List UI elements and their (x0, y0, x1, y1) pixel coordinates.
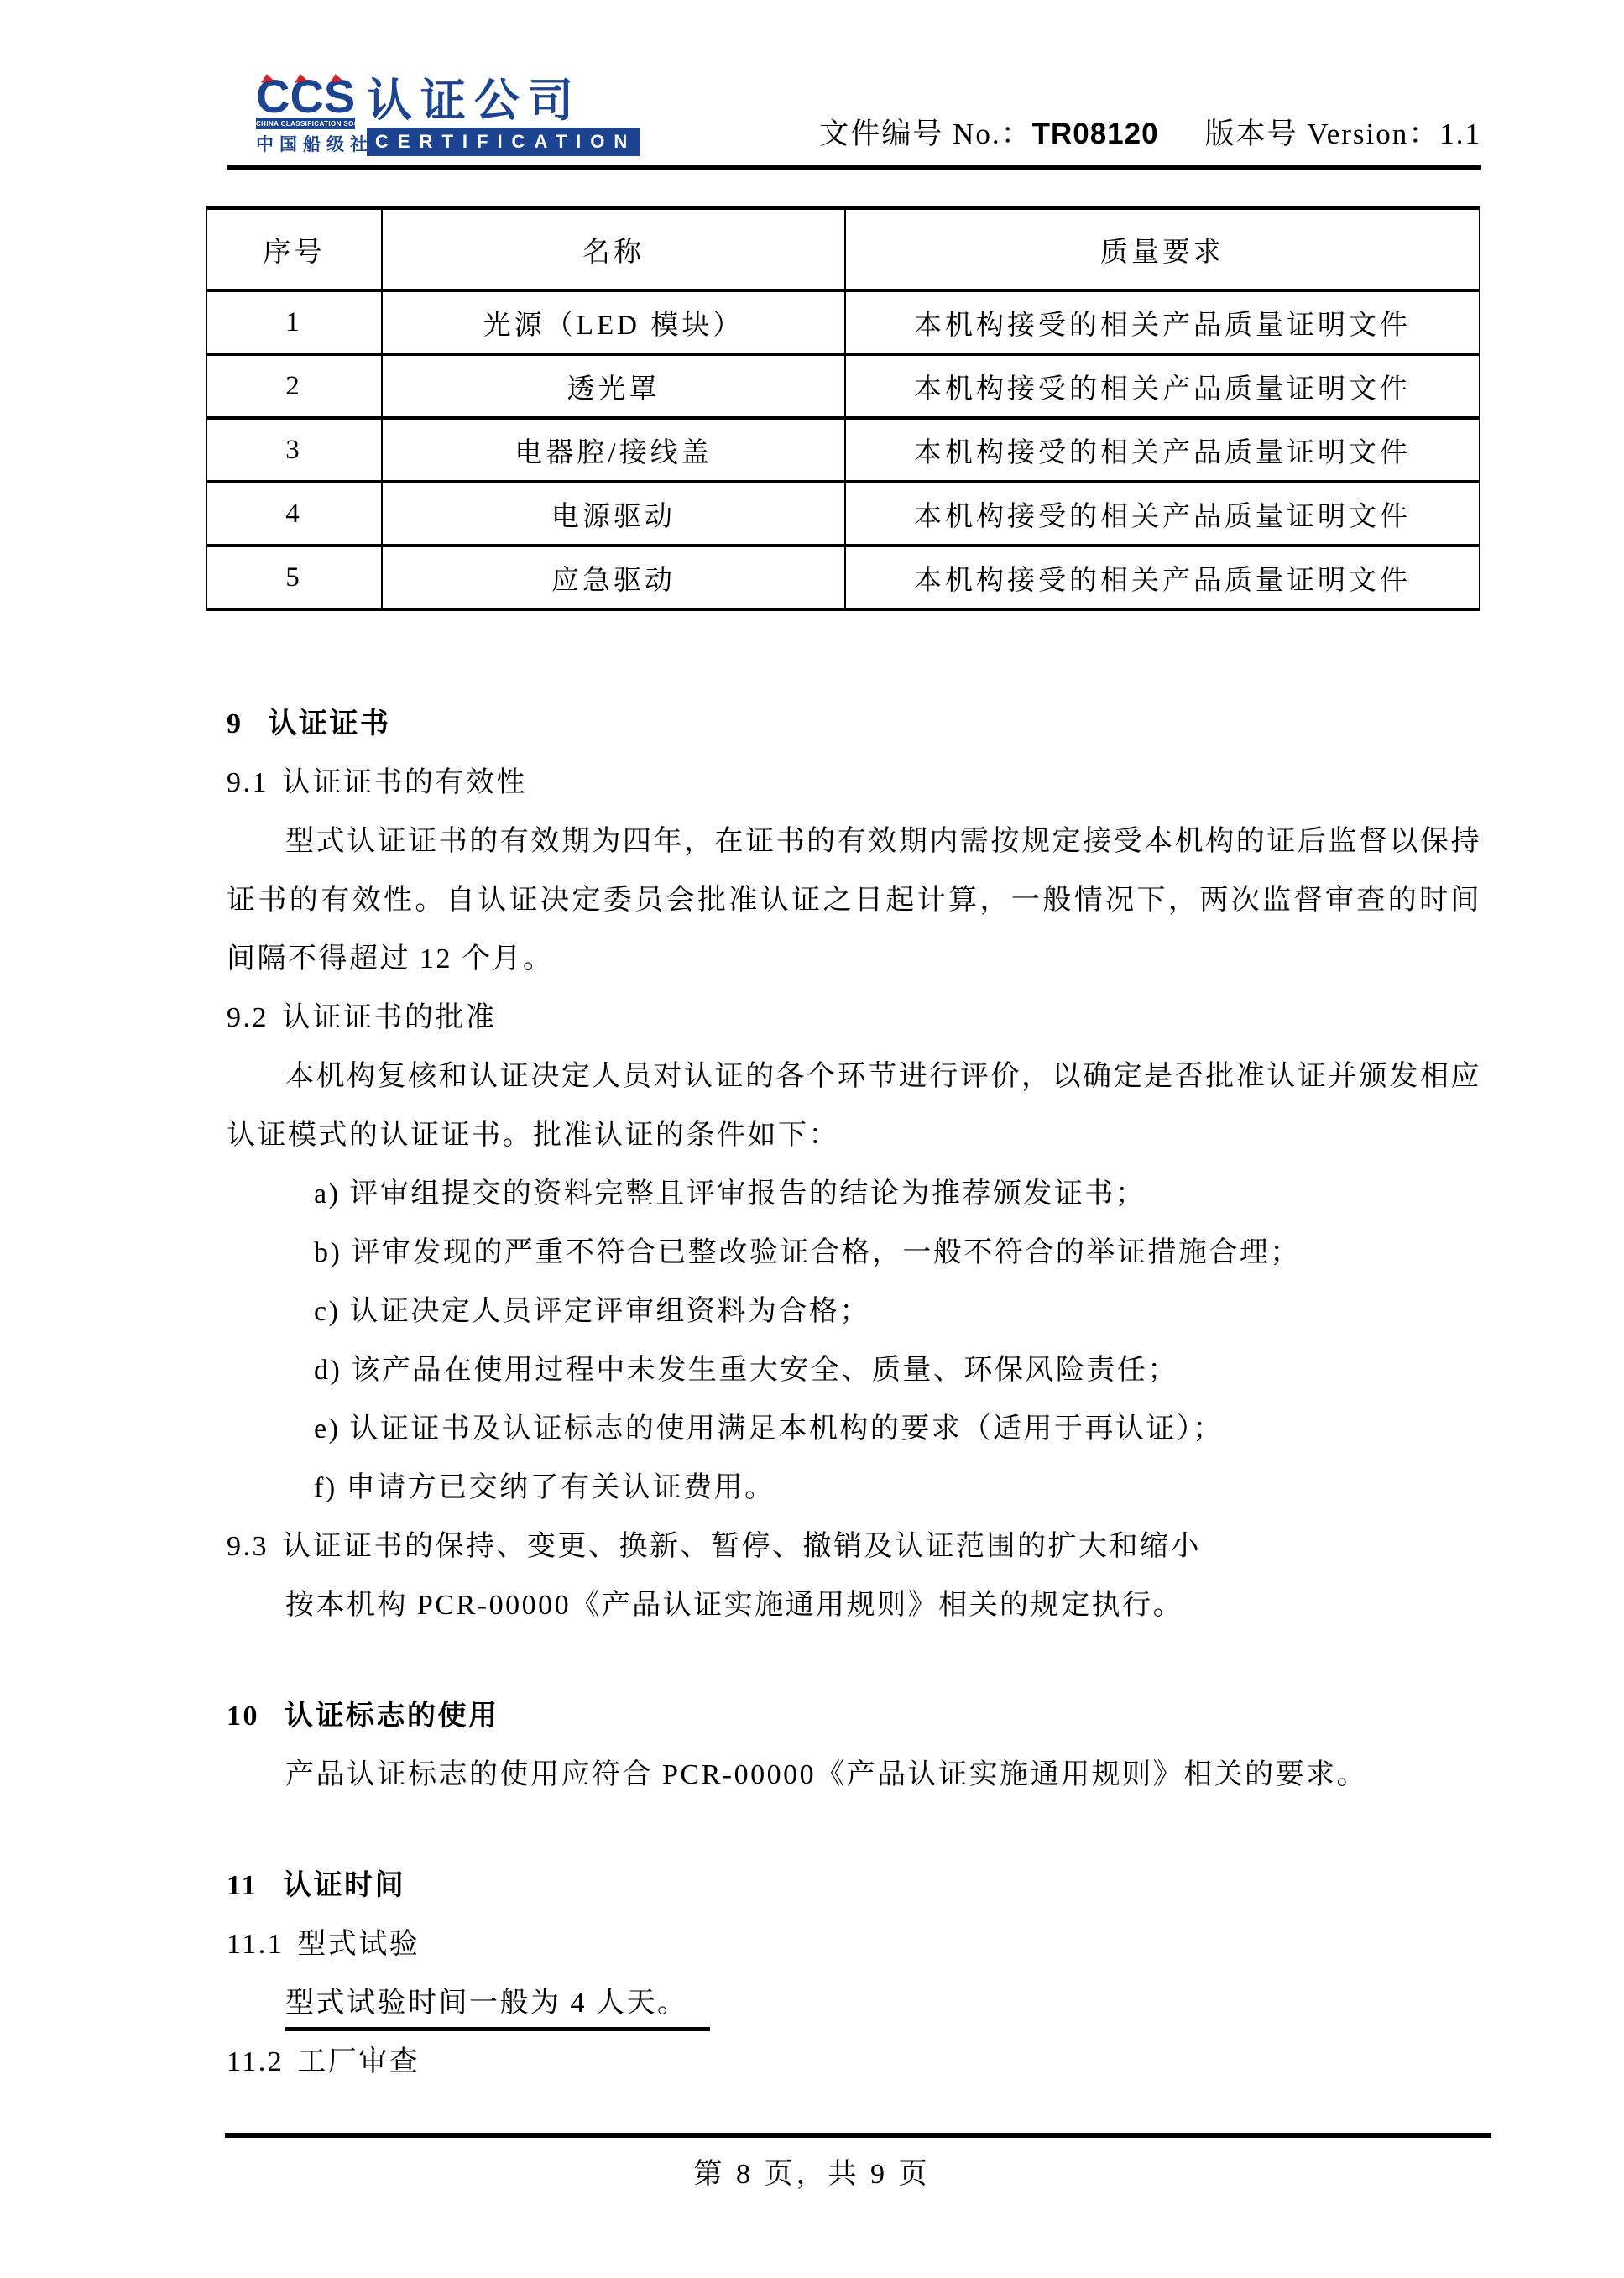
ccs-wordmark: CCS (256, 77, 355, 116)
cell-serial: 3 (206, 418, 382, 482)
section-title: 认证标志的使用 (285, 1701, 499, 1732)
version-value: 1.1 (1439, 118, 1481, 150)
section-9-3-heading: 9.3认证证书的保持、变更、换新、暂停、撤销及认证范围的扩大和缩小 (227, 1518, 1481, 1576)
section-11-2-heading: 11.2工厂审查 (227, 2033, 1481, 2092)
file-number-label: 文件编号 No.： (819, 118, 1031, 150)
section-number: 11 (227, 1870, 258, 1901)
table-row: 1 光源（LED 模块） 本机构接受的相关产品质量证明文件 (206, 290, 1480, 354)
header-rule (227, 165, 1481, 170)
page-header: CCS CHINA CLASSIFICATION SOCIETY 中国船级社 认… (227, 77, 1481, 156)
version-label: 版本号 Version： (1205, 118, 1440, 150)
section-11-1-paragraph: 型式试验时间一般为 4 人天。 (227, 1974, 1481, 2033)
section-number: 11.1 (227, 1929, 284, 1960)
section-title: 认证证书的保持、变更、换新、暂停、撤销及认证范围的扩大和缩小 (282, 1531, 1201, 1562)
section-title: 认证时间 (283, 1870, 405, 1901)
cell-requirement: 本机构接受的相关产品质量证明文件 (845, 418, 1480, 482)
company-name-cn: 认证公司 (367, 77, 640, 124)
cell-requirement: 本机构接受的相关产品质量证明文件 (845, 290, 1480, 354)
cell-name: 电器腔/接线盖 (382, 418, 845, 482)
certification-bar: CERTIFICATION (367, 128, 640, 156)
cell-name: 应急驱动 (382, 546, 845, 609)
section-10-heading: 10认证标志的使用 (227, 1687, 1481, 1746)
cell-serial: 4 (206, 482, 382, 546)
section-number: 9 (227, 708, 243, 739)
ccs-logo: CCS CHINA CLASSIFICATION SOCIETY 中国船级社 认… (256, 77, 640, 156)
section-9-2-heading: 9.2认证证书的批准 (227, 989, 1481, 1048)
cell-name: 透光罩 (382, 354, 845, 418)
section-number: 11.2 (227, 2046, 284, 2077)
section-9-2-paragraph: 本机构复核和认证决定人员对认证的各个环节进行评价，以确定是否批准认证并颁发相应认… (227, 1048, 1481, 1165)
column-header-serial: 序号 (206, 208, 382, 290)
footer-rule (225, 2133, 1491, 2138)
list-item-a: a) 评审组提交的资料完整且评审报告的结论为推荐颁发证书； (227, 1165, 1481, 1224)
document-body: 9认证证书 9.1认证证书的有效性 型式认证证书的有效期为四年，在证书的有效期内… (227, 695, 1481, 2092)
cell-name: 电源驱动 (382, 482, 845, 546)
cell-serial: 2 (206, 354, 382, 418)
section-9-3-paragraph: 按本机构 PCR-00000《产品认证实施通用规则》相关的规定执行。 (227, 1576, 1481, 1635)
section-title: 认证证书 (269, 708, 391, 739)
table-row: 3 电器腔/接线盖 本机构接受的相关产品质量证明文件 (206, 418, 1480, 482)
table-row: 5 应急驱动 本机构接受的相关产品质量证明文件 (206, 546, 1480, 609)
ccs-wordmark-block: CCS CHINA CLASSIFICATION SOCIETY 中国船级社 (256, 77, 355, 156)
section-number: 9.2 (227, 1002, 269, 1033)
page-number-indicator: 第 8 页，共 9 页 (0, 2150, 1624, 2192)
list-item-c: c) 认证决定人员评定评审组资料为合格； (227, 1283, 1481, 1341)
document-page: CCS CHINA CLASSIFICATION SOCIETY 中国船级社 认… (0, 0, 1624, 2278)
section-title: 型式试验 (297, 1929, 420, 1960)
table-row: 4 电源驱动 本机构接受的相关产品质量证明文件 (206, 482, 1480, 546)
section-11-heading: 11认证时间 (227, 1857, 1481, 1915)
cell-requirement: 本机构接受的相关产品质量证明文件 (845, 482, 1480, 546)
section-number: 9.3 (227, 1531, 269, 1562)
underlined-text: 型式试验时间一般为 4 人天。 (285, 1983, 710, 2031)
list-item-f: f) 申请方已交纳了有关认证费用。 (227, 1459, 1481, 1518)
section-9-1-heading: 9.1认证证书的有效性 (227, 754, 1481, 812)
section-title: 工厂审查 (297, 2046, 420, 2077)
column-header-requirement: 质量要求 (845, 208, 1480, 290)
column-header-name: 名称 (382, 208, 845, 290)
section-11-1-heading: 11.1型式试验 (227, 1915, 1481, 1974)
cell-name: 光源（LED 模块） (382, 290, 845, 354)
section-title: 认证证书的批准 (282, 1002, 497, 1033)
cell-requirement: 本机构接受的相关产品质量证明文件 (845, 546, 1480, 609)
section-9-1-paragraph: 型式认证证书的有效期为四年，在证书的有效期内需按规定接受本机构的证后监督以保持证… (227, 812, 1481, 989)
cell-serial: 1 (206, 290, 382, 354)
file-number-value: TR08120 (1032, 118, 1159, 150)
section-9-heading: 9认证证书 (227, 695, 1481, 754)
doc-number-line: 文件编号 No.：TR08120版本号 Version：1.1 (819, 111, 1481, 156)
section-number: 10 (227, 1701, 259, 1732)
section-10-paragraph: 产品认证标志的使用应符合 PCR-00000《产品认证实施通用规则》相关的要求。 (227, 1746, 1481, 1805)
section-title: 认证证书的有效性 (282, 767, 527, 798)
company-name-block: 认证公司 CERTIFICATION (367, 77, 640, 156)
cell-requirement: 本机构接受的相关产品质量证明文件 (845, 354, 1480, 418)
components-table: 序号 名称 质量要求 1 光源（LED 模块） 本机构接受的相关产品质量证明文件… (206, 206, 1480, 611)
list-item-b: b) 评审发现的严重不符合已整改验证合格，一般不符合的举证措施合理； (227, 1224, 1481, 1283)
table-row: 2 透光罩 本机构接受的相关产品质量证明文件 (206, 354, 1480, 418)
list-item-e: e) 认证证书及认证标志的使用满足本机构的要求（适用于再认证）； (227, 1400, 1481, 1459)
table-header-row: 序号 名称 质量要求 (206, 208, 1480, 290)
cell-serial: 5 (206, 546, 382, 609)
section-number: 9.1 (227, 767, 269, 798)
list-item-d: d) 该产品在使用过程中未发生重大安全、质量、环保风险责任； (227, 1341, 1481, 1400)
society-name-cn: 中国船级社 (256, 131, 355, 156)
